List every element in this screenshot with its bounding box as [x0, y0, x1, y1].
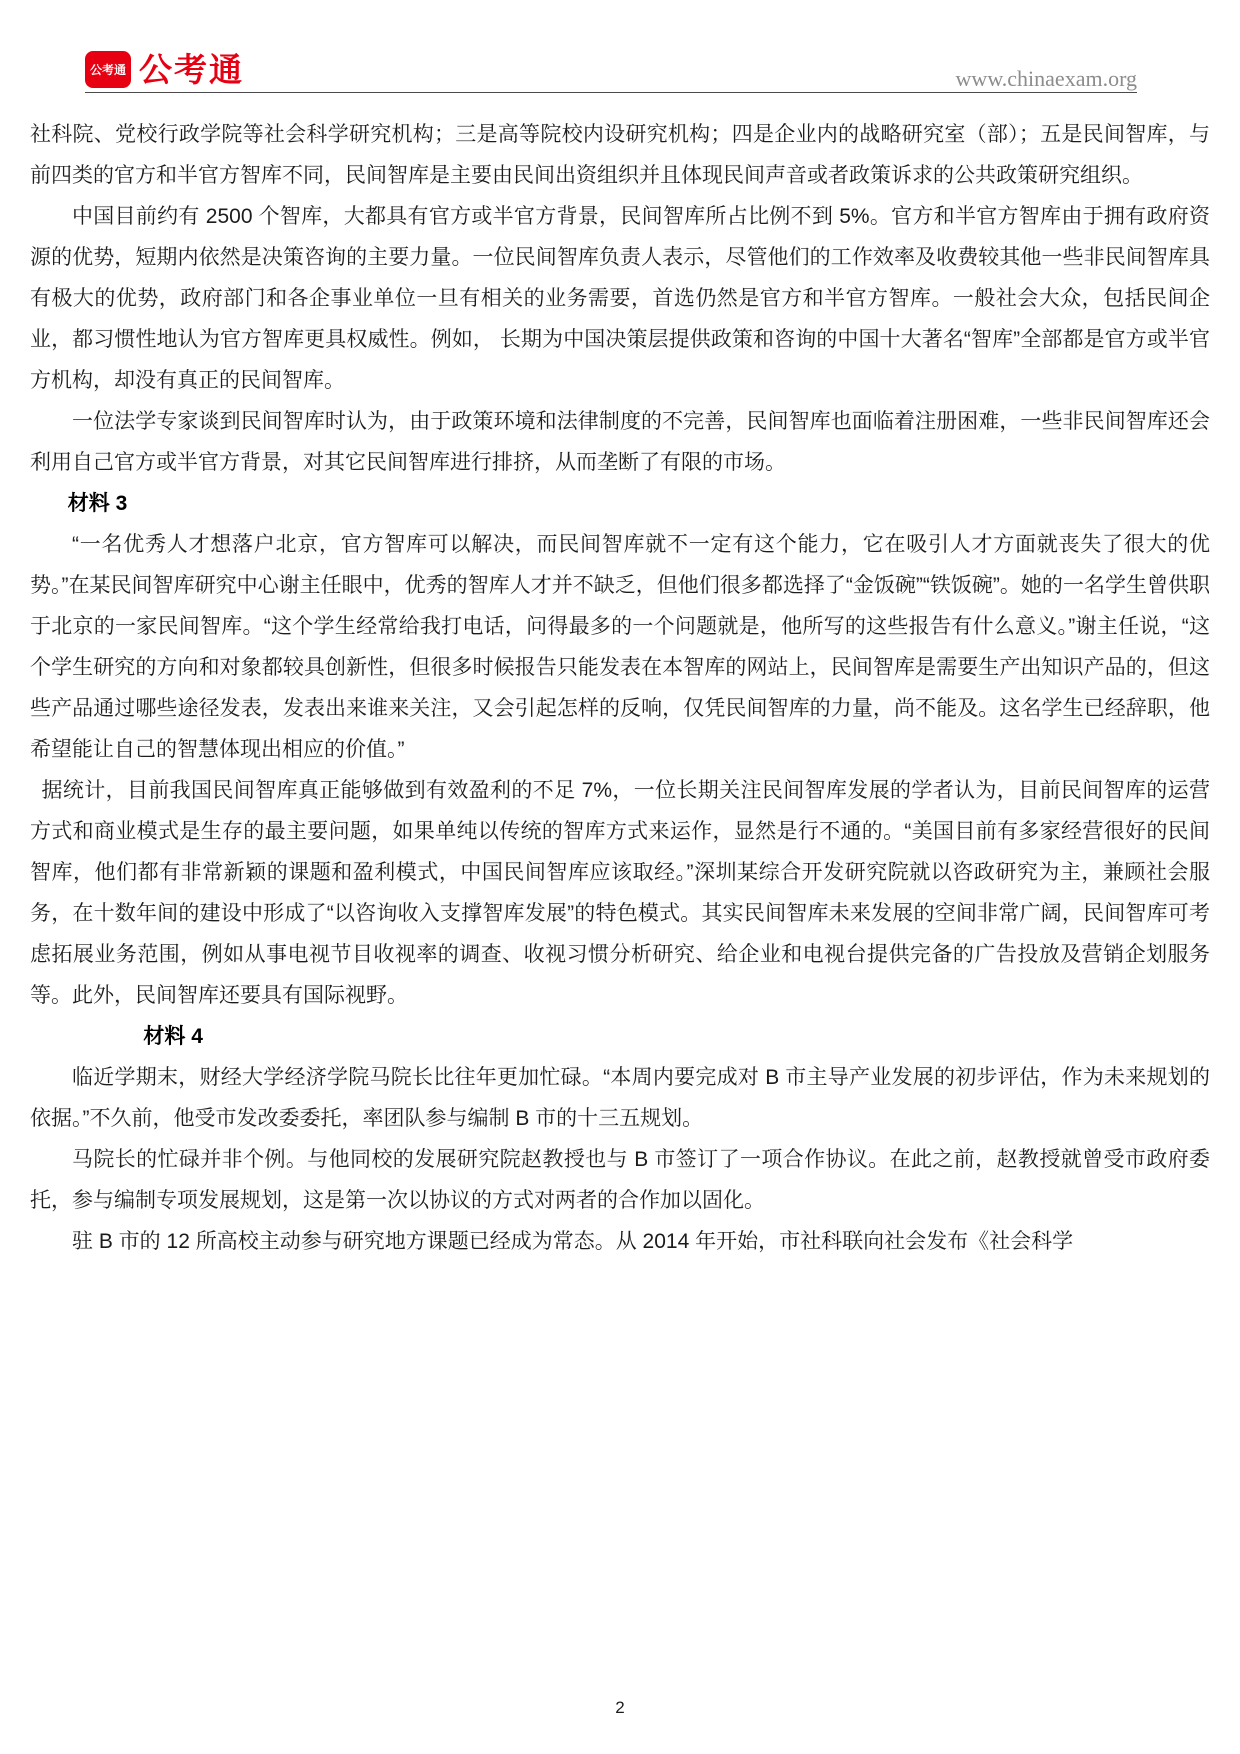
document-body: 社科院、党校行政学院等社会科学研究机构；三是高等院校内设研究机构；四是企业内的战…: [30, 114, 1210, 1262]
paragraph: 社科院、党校行政学院等社会科学研究机构；三是高等院校内设研究机构；四是企业内的战…: [30, 114, 1210, 196]
material-4-heading: 材料 4: [30, 1016, 1210, 1057]
brand-name: 公考通: [139, 53, 244, 86]
website-url: www.chinaexam.org: [956, 68, 1137, 92]
brand-badge-text: 公考通: [90, 64, 126, 76]
page-number: 2: [0, 1698, 1240, 1718]
brand-logo-icon: 公考通: [85, 51, 131, 88]
brand-logo: 公考通 公考通: [85, 51, 244, 92]
material-3-heading: 材料 3: [30, 483, 1210, 524]
paragraph: 一位法学专家谈到民间智库时认为，由于政策环境和法律制度的不完善，民间智库也面临着…: [30, 401, 1210, 483]
paragraph: “一名优秀人才想落户北京，官方智库可以解决，而民间智库就不一定有这个能力，它在吸…: [30, 524, 1210, 770]
paragraph: 驻 B 市的 12 所高校主动参与研究地方课题已经成为常态。从 2014 年开始…: [30, 1221, 1210, 1262]
paragraph: 中国目前约有 2500 个智库，大都具有官方或半官方背景，民间智库所占比例不到 …: [30, 196, 1210, 401]
paragraph: 临近学期末，财经大学经济学院马院长比往年更加忙碌。“本周内要完成对 B 市主导产…: [30, 1057, 1210, 1139]
paragraph: 马院长的忙碌并非个例。与他同校的发展研究院赵教授也与 B 市签订了一项合作协议。…: [30, 1139, 1210, 1221]
paragraph: 据统计，目前我国民间智库真正能够做到有效盈利的不足 7%，一位长期关注民间智库发…: [30, 770, 1210, 1016]
document-page: 公考通 公考通 www.chinaexam.org 社科院、党校行政学院等社会科…: [0, 0, 1240, 1754]
page-header: 公考通 公考通 www.chinaexam.org: [85, 44, 1137, 93]
